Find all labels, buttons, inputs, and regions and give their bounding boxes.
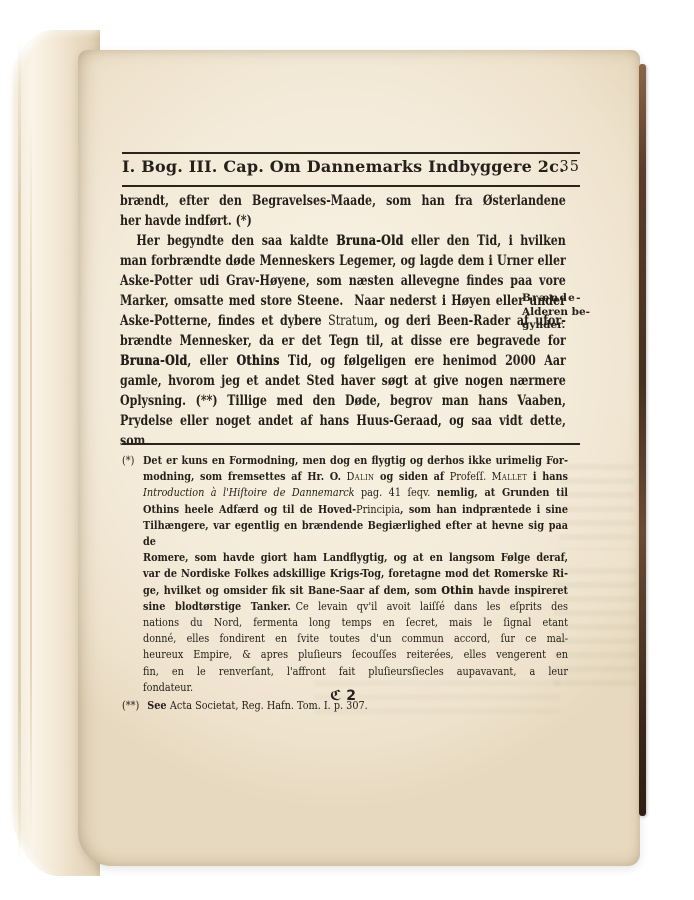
text-segment: Ce levain qv'il avoit laiſſé dans les eſ… [296,599,568,613]
margin-note-line: Alderen be- [522,306,594,320]
text-segment: Oplysning. (**) Tillige med den Døde, be… [120,393,566,409]
text-segment: Tid, og følgeligen ere henimod 2000 Aar [280,353,566,369]
text-line: sine blodtørstige Tanker. Ce levain qv'i… [143,598,568,614]
text-line: Aske-Potter udi Grav-Høyene, som næsten … [120,271,566,291]
text-segment: Prydelse eller noget andet af hans Huus-… [120,413,566,429]
text-segment: , som han indpræntede i sine [400,502,568,516]
text-segment: nations du Nord, fermenta long temps en … [143,615,568,629]
text-segment: Tilhængere, var egentlig en brændende Be… [143,518,568,548]
text-segment: Othin [441,583,473,597]
text-segment: Her begyndte den saa kaldte [136,233,336,249]
text-line: modning, som fremsettes af Hr. O. Dalin … [143,468,568,484]
text-line: fin, en le renverſant, l'affront fait pl… [143,663,568,679]
text-segment: Det er kuns en Formodning, men dog en fl… [143,453,568,467]
text-segment: Introduction à l'Hiſtoire de Dannemarck [143,485,354,499]
text-line: Tilhængere, var egentlig en brændende Be… [143,517,568,549]
text-segment: ge, hvilket og omsider fik sit Bane-Saar… [143,583,441,597]
text-line: Prydelse eller noget andet af hans Huus-… [120,411,566,431]
text-line: Det er kuns en Formodning, men dog en fl… [143,452,568,468]
text-segment: og siden af [374,469,449,483]
text-segment: Romere, som havde giort ham Landflygtig,… [143,550,568,564]
text-segment: Marker, omsatte med store Steene. Naar n… [120,293,566,309]
footnote-lines: (*)Det er kuns en Formodning, men dog en… [122,452,568,713]
text-line: Introduction à l'Hiſtoire de Dannemarck … [143,484,568,500]
text-line: Romere, som havde giort ham Landflygtig,… [143,549,568,565]
text-segment: Aske-Potterne, findes et dybere [120,313,328,329]
text-segment: nemlig, at Grunden til [437,485,568,499]
text-segment: , eller [187,353,236,369]
book-photo: I. Bog. III. Cap. Om Dannemarks Indbygge… [8,28,646,878]
catchword: som [120,431,566,451]
text-segment: modning, som fremsettes af Hr. O. [143,469,347,483]
header-rule-top [122,152,580,154]
running-header: I. Bog. III. Cap. Om Dannemarks Indbygge… [122,157,546,176]
margin-note-line: Brænde- [522,292,594,306]
text-line: var de Nordiske Folkes adskillige Krigs-… [143,565,568,581]
text-line: nations du Nord, fermenta long temps en … [143,614,568,630]
text-line: Marker, omsatte med store Steene. Naar n… [120,291,566,311]
text-segment: heureux Empire, & apres pluſieurs ſecouſ… [143,647,568,661]
text-segment: Mallet [492,469,528,483]
text-line: heureux Empire, & apres pluſieurs ſecouſ… [143,646,568,662]
footnote-section: (*)Det er kuns en Formodning, men dog en… [122,452,568,713]
text-line: ge, hvilket og omsider fik sit Bane-Saar… [143,582,568,598]
text-segment: gamle, hvorom jeg et andet Sted haver sø… [120,373,566,389]
margin-note-line: gynder. [522,319,594,333]
text-segment: donné, elles fondirent en ſvite toutes d… [143,631,568,645]
text-line: gamle, hvorom jeg et andet Sted haver sø… [120,371,566,391]
text-segment: Dalin [347,469,375,483]
body-text: brændt, efter den Begravelses-Maade, som… [120,191,566,451]
header-rule-bottom [122,185,580,187]
text-line: man forbrændte døde Menneskers Legemer, … [120,251,566,271]
text-line: Bruna-Old, eller Othins Tid, og følgelig… [120,351,566,371]
text-line: her havde indført. (*) [120,211,566,231]
footnote-marker: (*) [122,452,134,468]
text-segment: Stratum [328,313,374,329]
text-line: brændt, efter den Begravelses-Maade, som… [120,191,566,211]
text-segment: havde inspireret [474,583,568,597]
text-segment: man forbrændte døde Menneskers Legemer, … [120,253,566,269]
page-number: 35 [548,159,580,175]
text-segment: brændte Mennesker, da er det Tegn til, a… [120,333,566,349]
margin-note: Brænde-Alderen be-gynder. [522,292,594,333]
text-segment: her havde indført. (*) [120,213,252,229]
text-segment: sine blodtørstige Tanker. [143,599,296,613]
printed-page-content: I. Bog. III. Cap. Om Dannemarks Indbygge… [8,28,646,878]
text-line: Her begyndte den saa kaldte Bruna-Old el… [120,231,566,251]
text-segment: fin, en le renverſant, l'affront fait pl… [143,664,568,678]
text-segment: var de Nordiske Folkes adskillige Krigs-… [143,566,568,580]
signature-mark: ℭ 2 [120,688,566,704]
text-segment: eller den Tid, i hvilken [404,233,566,249]
text-segment: i hans [527,469,568,483]
text-line: donné, elles fondirent en ſvite toutes d… [143,630,568,646]
footnote-separator-rule [122,443,580,445]
text-segment: brændt, efter den Begravelses-Maade, som… [120,193,566,209]
text-line: brændte Mennesker, da er det Tegn til, a… [120,331,566,351]
body-text-lines: brændt, efter den Begravelses-Maade, som… [120,191,566,451]
text-segment: Othins [236,353,279,369]
text-segment: Bruna-Old [336,233,403,249]
text-segment: pag. 41 ſeqv. [355,485,437,499]
text-segment: Othins heele Adfærd og til de Hoved- [143,502,356,516]
text-segment: Bruna-Old [120,353,187,369]
text-segment: Principia [356,502,400,516]
footnote: (*)Det er kuns en Formodning, men dog en… [122,452,568,695]
text-line: Aske-Potterne, findes et dybere Stratum,… [120,311,566,331]
text-line: Othins heele Adfærd og til de Hoved-Prin… [143,501,568,517]
text-segment: Profeſſ. [450,469,492,483]
text-line: Oplysning. (**) Tillige med den Døde, be… [120,391,566,411]
text-segment: Aske-Potter udi Grav-Høyene, som næsten … [120,273,566,289]
